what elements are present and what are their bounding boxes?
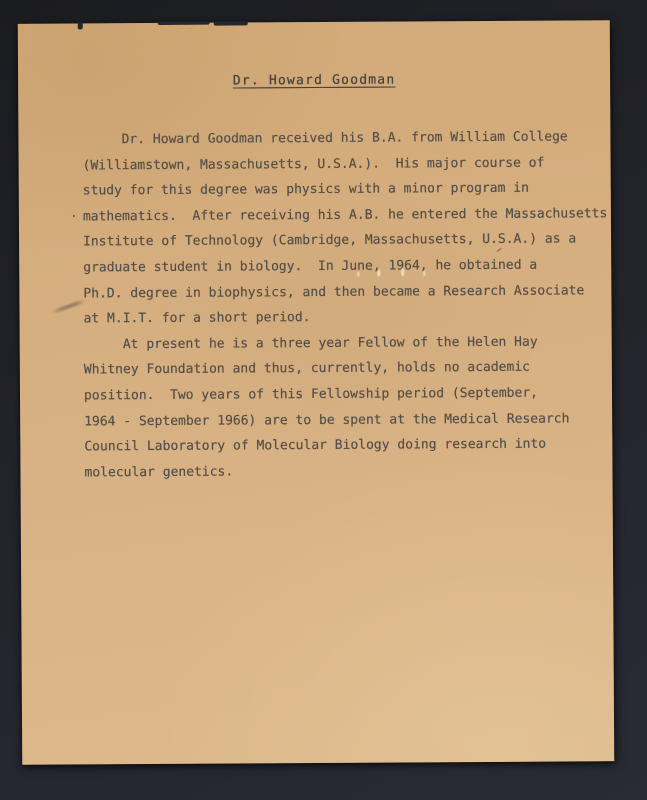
whiteout-speck [401,267,404,276]
text-line: Ph.D. degree in biophysics, and then bec… [83,278,623,307]
text-line: Institute of Technology (Cambridge, Mass… [83,226,623,255]
whiteout-speck [423,270,425,276]
text-line: Council Laboratory of Molecular Biology … [84,431,624,460]
pencil-smudge [51,299,86,315]
page-title-row: Dr. Howard Goodman [18,67,610,90]
stray-ink-dot: · [70,204,78,230]
text-line: study for this degree was physics with a… [83,175,623,204]
text-line: 1964 - September 1966) are to be spent a… [84,406,624,435]
paper-tear-notch [158,22,210,25]
text-line: Dr. Howard Goodman received his B.A. fro… [82,124,622,153]
whiteout-speck [357,272,359,277]
text-line: graduate student in biology. In June, 19… [83,252,623,281]
scan-background: { "document": { "title": "Dr. Howard Goo… [0,0,647,800]
text-line: (Williamstown, Massachusetts, U.S.A.). H… [83,150,623,179]
document-page: Dr. Howard Goodman · Dr. Howard Goodman … [18,20,615,765]
text-line: at M.I.T. for a short period. [83,303,623,332]
text-line: molecular genetics. [84,457,624,486]
paper-tear-notch [214,21,248,25]
whiteout-speck [377,270,380,277]
text-line: mathematics. After receiving his A.B. he… [83,201,623,230]
body-text: Dr. Howard Goodman received his B.A. fro… [82,124,624,486]
paper-tear-notch [78,22,83,29]
text-line: position. Two years of this Fellowship p… [84,380,624,409]
text-line: Whitney Foundation and thus, currently, … [84,354,624,383]
text-line: At present he is a three year Fellow of … [84,329,624,358]
page-title: Dr. Howard Goodman [233,73,396,89]
